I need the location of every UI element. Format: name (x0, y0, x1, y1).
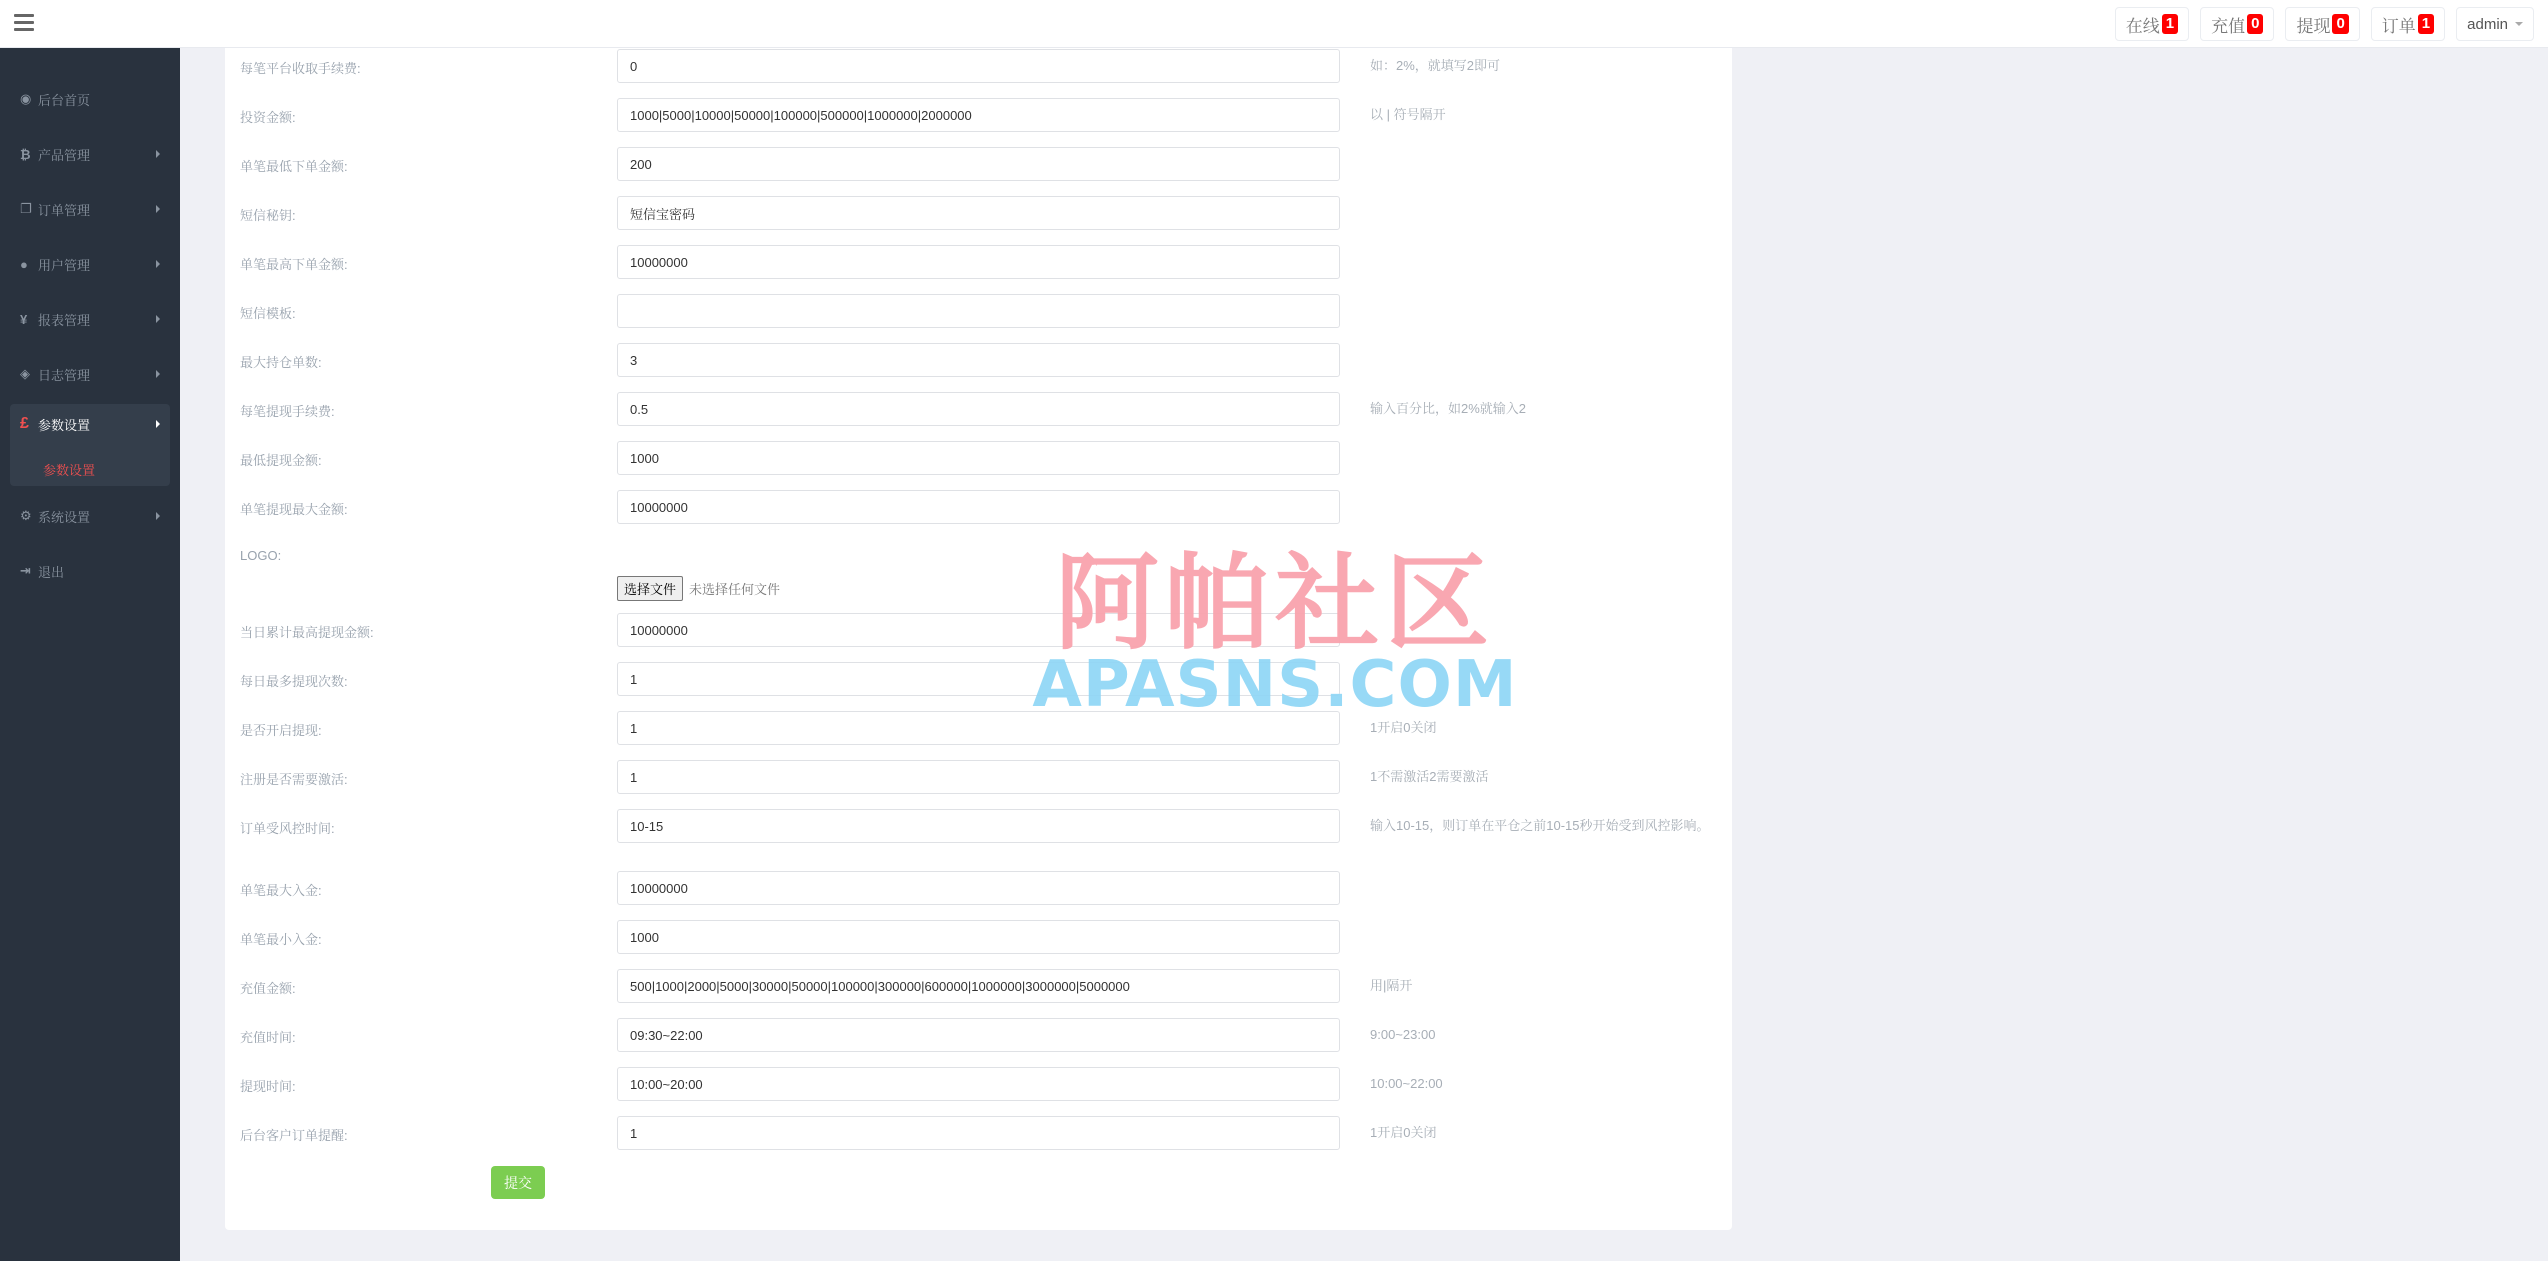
sidebar-item-label: 后台首页 (38, 90, 90, 109)
withdraw-enabled-input[interactable] (617, 711, 1340, 745)
field-label: 提现时间: (240, 1076, 296, 1095)
form-row: 每笔提现手续费:输入百分比，如2%就输入2 (225, 392, 1732, 426)
field-hint: 1开启0关闭 (1370, 1123, 1715, 1143)
field-label: 最低提现金额: (240, 450, 322, 469)
field-label: 订单受风控时间: (240, 818, 335, 837)
sign-out-icon: ⇥ (10, 563, 38, 579)
max-withdraw-input[interactable] (617, 490, 1340, 524)
sidebar-item-label: 产品管理 (38, 145, 90, 164)
top-header: 在线1 充值0 提现0 订单1 admin (0, 0, 2548, 48)
field-label: 单笔最小入金: (240, 929, 322, 948)
caret-right-icon (156, 315, 160, 323)
bitcoin-icon: ₿ (10, 147, 38, 162)
field-label: 当日累计最高提现金额: (240, 622, 374, 641)
sms-key-input[interactable] (617, 196, 1340, 230)
risk-control-time-input[interactable] (617, 809, 1340, 843)
yen-icon: ¥ (10, 312, 38, 327)
field-hint: 用|隔开 (1370, 976, 1715, 996)
field-hint: 9:00~23:00 (1370, 1025, 1715, 1045)
register-activation-input[interactable] (617, 760, 1340, 794)
form-row: 每日最多提现次数: (225, 662, 1732, 696)
field-hint: 如：2%，就填写2即可 (1370, 56, 1715, 76)
form-row: 提现时间:10:00~22:00 (225, 1067, 1732, 1101)
field-label: 短信秘钥: (240, 205, 296, 224)
sidebar-item-label: 退出 (38, 562, 64, 581)
form-row: 投资金额:以 | 符号隔开 (225, 98, 1732, 132)
form-row: 最大持仓单数: (225, 343, 1732, 377)
sidebar-active-group: £参数设置 参数设置 (10, 404, 170, 486)
sidebar-item-label: 参数设置 (38, 415, 90, 434)
settings-form-card: 每笔平台收取手续费:如：2%，就填写2即可 投资金额:以 | 符号隔开 单笔最低… (225, 48, 1732, 1230)
orders-label: 订单 (2382, 12, 2416, 37)
sidebar-item-orders[interactable]: ❐订单管理 (10, 189, 170, 229)
max-order-amount-input[interactable] (617, 245, 1340, 279)
form-row: 单笔最大入金: (225, 871, 1732, 905)
field-label: 单笔提现最大金额: (240, 499, 348, 518)
max-deposit-input[interactable] (617, 871, 1340, 905)
form-row: 单笔提现最大金额: (225, 490, 1732, 524)
form-row: 单笔最低下单金额: (225, 147, 1732, 181)
max-positions-input[interactable] (617, 343, 1340, 377)
sidebar-item-label: 订单管理 (38, 200, 90, 219)
form-row: 订单受风控时间:输入10-15，则订单在平仓之前10-15秒开始受到风控影响。 (225, 809, 1732, 843)
form-row: 最低提现金额: (225, 441, 1732, 475)
field-label: 每笔平台收取手续费: (240, 58, 361, 77)
field-label: 投资金额: (240, 107, 296, 126)
field-hint: 输入百分比，如2%就输入2 (1370, 399, 1715, 419)
orders-button[interactable]: 订单1 (2371, 7, 2445, 41)
field-label: 是否开启提现: (240, 720, 322, 739)
field-label: LOGO: (240, 548, 281, 563)
caret-right-icon (156, 150, 160, 158)
user-menu-button[interactable]: admin (2456, 7, 2534, 41)
field-label: 单笔最大入金: (240, 880, 322, 899)
form-row: 短信秘钥: (225, 196, 1732, 230)
sidebar-item-products[interactable]: ₿产品管理 (10, 134, 170, 174)
platform-fee-input[interactable] (617, 49, 1340, 83)
form-row-logo: LOGO: (225, 539, 1732, 573)
logo-file-input: 选择文件未选择任何文件 (617, 576, 780, 601)
ticket-icon: ◈ (10, 366, 38, 382)
caret-right-icon (156, 260, 160, 268)
min-withdraw-input[interactable] (617, 441, 1340, 475)
sidebar-subitem-params[interactable]: 参数设置 (43, 460, 95, 479)
form-row: 后台客户订单提醒:1开启0关闭 (225, 1116, 1732, 1150)
field-label: 每笔提现手续费: (240, 401, 335, 420)
withdraw-time-input[interactable] (617, 1067, 1340, 1101)
form-row: 是否开启提现:1开启0关闭 (225, 711, 1732, 745)
sidebar-item-logout[interactable]: ⇥退出 (10, 551, 170, 591)
sidebar-item-params[interactable]: £参数设置 (10, 404, 170, 444)
recharge-count-badge: 0 (2247, 14, 2263, 34)
username: admin (2467, 16, 2508, 33)
sidebar-item-system[interactable]: ⚙系统设置 (10, 496, 170, 536)
online-count-badge: 1 (2162, 14, 2178, 34)
sidebar-item-dashboard[interactable]: ◉后台首页 (10, 79, 170, 119)
field-hint: 1不需激活2需要激活 (1370, 767, 1715, 787)
min-order-amount-input[interactable] (617, 147, 1340, 181)
investment-amounts-input[interactable] (617, 98, 1340, 132)
sidebar: ◉后台首页 ₿产品管理 ❐订单管理 ●用户管理 ¥报表管理 ◈日志管理 £参数设… (0, 48, 180, 1261)
withdraw-label: 提现 (2296, 12, 2330, 37)
file-status: 未选择任何文件 (689, 579, 780, 598)
hamburger-icon[interactable] (14, 14, 34, 32)
caret-right-icon (156, 420, 160, 428)
sidebar-item-label: 系统设置 (38, 507, 90, 526)
sidebar-item-reports[interactable]: ¥报表管理 (10, 299, 170, 339)
field-hint: 输入10-15，则订单在平仓之前10-15秒开始受到风控影响。 (1370, 816, 1715, 836)
sms-template-input[interactable] (617, 294, 1340, 328)
field-label: 充值金额: (240, 978, 296, 997)
copy-icon: ❐ (10, 201, 38, 217)
orders-count-badge: 1 (2418, 14, 2434, 34)
form-row: 每笔平台收取手续费:如：2%，就填写2即可 (225, 49, 1732, 83)
recharge-button[interactable]: 充值0 (2200, 7, 2274, 41)
daily-max-withdraw-input[interactable] (617, 613, 1340, 647)
recharge-amounts-input[interactable] (617, 969, 1340, 1003)
field-label: 最大持仓单数: (240, 352, 322, 371)
field-label: 注册是否需要激活: (240, 769, 348, 788)
sidebar-item-logs[interactable]: ◈日志管理 (10, 354, 170, 394)
caret-right-icon (156, 512, 160, 520)
sidebar-item-label: 用户管理 (38, 255, 90, 274)
form-row: 充值金额:用|隔开 (225, 969, 1732, 1003)
recharge-label: 充值 (2211, 12, 2245, 37)
gears-icon: ⚙ (10, 508, 38, 524)
field-label: 单笔最低下单金额: (240, 156, 348, 175)
form-row: 充值时间:9:00~23:00 (225, 1018, 1732, 1052)
online-label: 在线 (2126, 12, 2160, 37)
recharge-time-input[interactable] (617, 1018, 1340, 1052)
top-actions: 在线1 充值0 提现0 订单1 admin (2115, 7, 2534, 41)
min-deposit-input[interactable] (617, 920, 1340, 954)
online-button[interactable]: 在线1 (2115, 7, 2189, 41)
form-row: 单笔最小入金: (225, 920, 1732, 954)
form-row: 短信模板: (225, 294, 1732, 328)
submit-button[interactable]: 提交 (491, 1166, 545, 1199)
field-label: 单笔最高下单金额: (240, 254, 348, 273)
field-label: 后台客户订单提醒: (240, 1125, 348, 1144)
field-label: 充值时间: (240, 1027, 296, 1046)
pound-icon: £ (10, 415, 38, 433)
withdraw-fee-input[interactable] (617, 392, 1340, 426)
caret-right-icon (156, 370, 160, 378)
field-label: 每日最多提现次数: (240, 671, 348, 690)
caret-down-icon (2515, 22, 2523, 26)
order-reminder-input[interactable] (617, 1116, 1340, 1150)
sidebar-item-label: 报表管理 (38, 310, 90, 329)
field-hint: 1开启0关闭 (1370, 718, 1715, 738)
form-row: 注册是否需要激活:1不需激活2需要激活 (225, 760, 1732, 794)
user-icon: ● (10, 257, 38, 272)
withdraw-button[interactable]: 提现0 (2285, 7, 2359, 41)
sidebar-item-users[interactable]: ●用户管理 (10, 244, 170, 284)
form-row: 单笔最高下单金额: (225, 245, 1732, 279)
field-label: 短信模板: (240, 303, 296, 322)
field-hint: 10:00~22:00 (1370, 1074, 1715, 1094)
dashboard-icon: ◉ (10, 91, 38, 107)
field-hint: 以 | 符号隔开 (1370, 105, 1715, 125)
withdraw-count-badge: 0 (2332, 14, 2348, 34)
caret-right-icon (156, 205, 160, 213)
form-row: 当日累计最高提现金额: (225, 613, 1732, 647)
daily-withdraw-count-input[interactable] (617, 662, 1340, 696)
sidebar-item-label: 日志管理 (38, 365, 90, 384)
choose-file-button[interactable]: 选择文件 (617, 576, 683, 601)
